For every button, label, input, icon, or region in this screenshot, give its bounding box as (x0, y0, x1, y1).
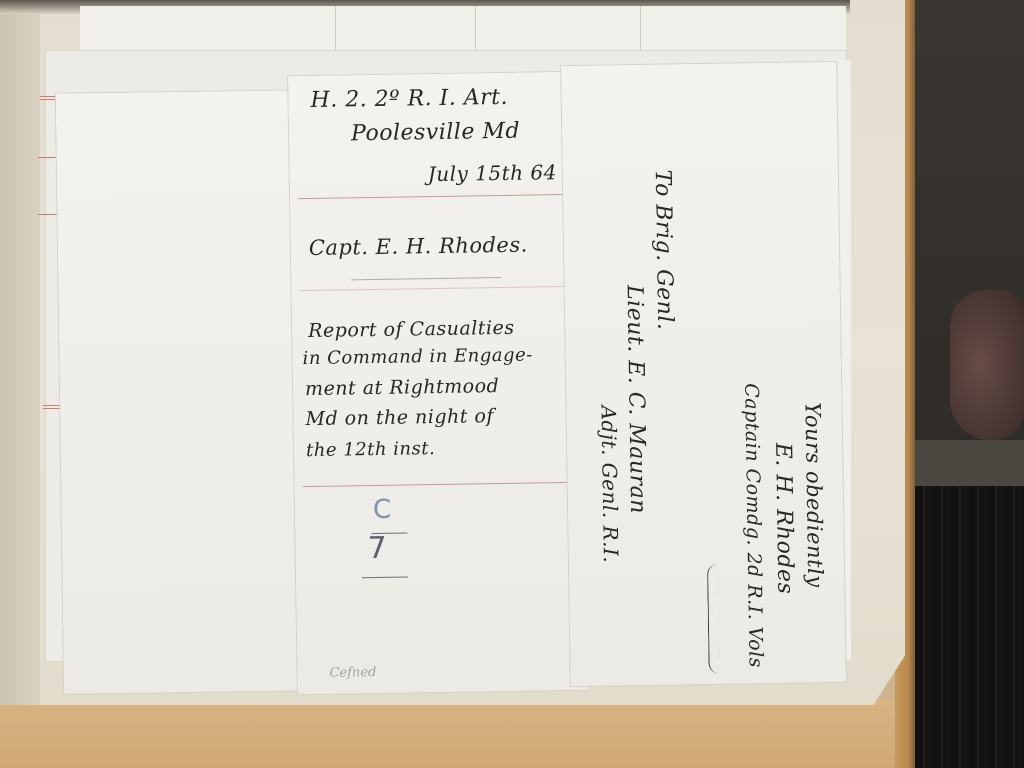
red-rule (298, 194, 570, 199)
endorsement-from-line: Captain Comdg. 2d R.I. Vols (740, 383, 766, 668)
subject-line: the 12th inst. (306, 438, 436, 461)
endorsement-to-line: Adjt. Genl. R.I. (596, 405, 622, 563)
pencil-note: Cefned (329, 665, 376, 681)
docket-panel-blank (56, 90, 314, 693)
underline (351, 277, 501, 280)
addressee-line: Capt. E. H. Rhodes. (309, 233, 528, 260)
fold-crease (640, 6, 641, 54)
filing-letter: C (373, 495, 392, 525)
filing-number: 7 (367, 531, 387, 566)
date-line: July 15th 64 (428, 160, 557, 186)
striped-fabric (915, 486, 1024, 768)
flourish-mark (707, 564, 720, 674)
unit-heading: H. 2. 2º R. I. Art. (310, 85, 508, 113)
wooden-table (0, 700, 905, 768)
hand-silhouette (950, 290, 1024, 440)
folder-left-shade (0, 0, 40, 705)
docket-panel-front: H. 2. 2º R. I. Art. Poolesville Md July … (288, 72, 588, 694)
fold-crease (335, 6, 336, 54)
red-rule (300, 286, 572, 291)
red-rule (303, 482, 575, 487)
filing-underline (362, 576, 408, 578)
back-sheet-top (80, 6, 846, 55)
subject-line: Report of Casualties (308, 317, 515, 342)
place-line: Poolesville Md (351, 119, 520, 147)
endorsement-from-line: E. H. Rhodes (770, 443, 797, 595)
subject-line: in Command in Engage- (302, 345, 533, 370)
docket-panel-endorsement: To Brig. Genl. Lieut. E. C. Mauran Adjt.… (561, 62, 846, 686)
endorsement-from-line: Yours obediently (800, 402, 827, 588)
cloth-fold (915, 440, 1024, 490)
subject-line: ment at Rightmood (305, 375, 499, 400)
endorsement-to-line: Lieut. E. C. Mauran (622, 285, 651, 514)
subject-line: Md on the night of (305, 405, 494, 430)
endorsement-to-line: To Brig. Genl. (650, 169, 678, 330)
fold-crease (475, 6, 476, 54)
